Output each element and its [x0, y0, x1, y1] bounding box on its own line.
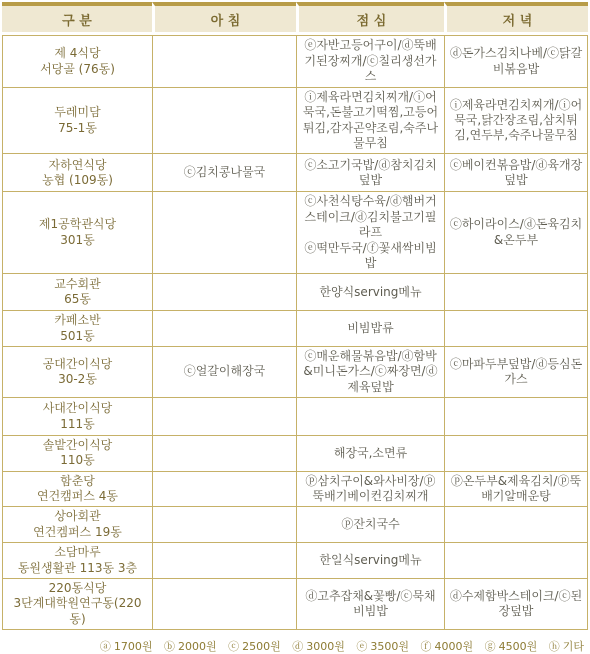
- dinner-cell: [444, 542, 588, 578]
- breakfast-cell: [152, 273, 296, 310]
- dinner-cell: ⓓ돈가스김치나베/ⓒ닭갈비볶음밥: [444, 35, 588, 87]
- breakfast-cell: [152, 191, 296, 273]
- breakfast-cell: [152, 542, 296, 578]
- menu-row: 제1공학관식당 301동 ⓒ사천식탕수육/ⓓ햄버거스테이크/ⓓ김치불고기필라프 …: [2, 191, 588, 273]
- breakfast-cell: [152, 397, 296, 435]
- dinner-cell: ⓒ마파두부덮밥/ⓓ등심돈가스: [444, 346, 588, 397]
- menu-row: 소담마루 동원생활관 113동 3층 한일식serving메뉴: [2, 542, 588, 578]
- price-symbol: ⓑ: [164, 640, 175, 653]
- legend-item: ⓒ2500원: [228, 640, 281, 653]
- facility-cell: 솔밭간이식당 110동: [2, 435, 152, 471]
- col-header-lunch: 점 심: [296, 2, 444, 35]
- col-header-dinner: 저 녁: [444, 2, 588, 35]
- breakfast-cell: [152, 35, 296, 87]
- dinner-cell: ⓓ수제함박스테이크/ⓒ된장덮밥: [444, 578, 588, 630]
- lunch-cell: 비빔밥류: [296, 310, 444, 346]
- price-symbol: ⓒ: [228, 640, 239, 653]
- facility-cell: 교수회관 65동: [2, 273, 152, 310]
- menu-row: 상아회관 연건켐퍼스 19동 ⓟ잔치국수: [2, 506, 588, 542]
- price-symbol: ⓐ: [100, 640, 111, 653]
- price-symbol: ⓗ: [549, 640, 560, 653]
- cafeteria-menu-page: 구 분 아 침 점 심 저 녁 제 4식당 서당골 (76동) ⓔ자반고등어구이…: [0, 0, 590, 617]
- legend-item: ⓗ기타: [549, 640, 584, 653]
- facility-cell: 카페소반 501동: [2, 310, 152, 346]
- menu-row: 카페소반 501동 비빔밥류: [2, 310, 588, 346]
- breakfast-cell: ⓒ얼갈이해장국: [152, 346, 296, 397]
- facility-cell: 제 4식당 서당골 (76동): [2, 35, 152, 87]
- menu-row: 제 4식당 서당골 (76동) ⓔ자반고등어구이/ⓓ뚝배기된장찌개/ⓒ칠리생선가…: [2, 35, 588, 87]
- dinner-cell: ⓟ온두부&제육김치/ⓟ뚝배기알매운탕: [444, 471, 588, 507]
- menu-row: 두레미담 75-1동 ⓘ제육라면김치찌개/ⓘ어묵국,돈불고기떡찜,고등어튀김,감…: [2, 87, 588, 153]
- facility-cell: 사대간이식당 111동: [2, 397, 152, 435]
- dinner-cell: [444, 506, 588, 542]
- price-symbol: ⓕ: [420, 640, 431, 653]
- price-label: 3000원: [306, 640, 345, 653]
- lunch-cell: 한일식serving메뉴: [296, 542, 444, 578]
- breakfast-cell: [152, 506, 296, 542]
- dinner-cell: [444, 435, 588, 471]
- legend-item: ⓓ3000원: [292, 640, 345, 653]
- price-label: 1700원: [114, 640, 153, 653]
- breakfast-cell: ⓒ김치콩나물국: [152, 153, 296, 191]
- facility-cell: 220동식당 3단계대학원연구동(220동): [2, 578, 152, 630]
- legend-item: ⓔ3500원: [356, 640, 409, 653]
- menu-row: 220동식당 3단계대학원연구동(220동) ⓓ고추잡채&꽃빵/ⓒ묵채비빔밥 ⓓ…: [2, 578, 588, 630]
- facility-cell: 자하연식당 농협 (109동): [2, 153, 152, 191]
- dinner-cell: ⓘ제육라면김치찌개/ⓘ어묵국,닭간장조림,삼치튀김,연두부,숙주나물무침: [444, 87, 588, 153]
- menu-row: 사대간이식당 111동: [2, 397, 588, 435]
- legend-item: ⓖ4500원: [485, 640, 538, 653]
- price-symbol: ⓖ: [485, 640, 496, 653]
- legend-item: ⓕ4000원: [420, 640, 473, 653]
- legend-item: ⓑ2000원: [164, 640, 217, 653]
- facility-cell: 소담마루 동원생활관 113동 3층: [2, 542, 152, 578]
- facility-cell: 두레미담 75-1동: [2, 87, 152, 153]
- col-header-breakfast: 아 침: [152, 2, 296, 35]
- lunch-cell: ⓒ사천식탕수육/ⓓ햄버거스테이크/ⓓ김치불고기필라프 ⓔ떡만두국/ⓕ꽃새싹비빔밥: [296, 191, 444, 273]
- dinner-cell: [444, 397, 588, 435]
- dinner-cell: [444, 310, 588, 346]
- lunch-cell: [296, 397, 444, 435]
- lunch-cell: ⓒ매운해물볶음밥/ⓓ함박&미니돈가스/ⓒ짜장면/ⓓ제육덮밥: [296, 346, 444, 397]
- lunch-cell: ⓟ잔치국수: [296, 506, 444, 542]
- facility-cell: 제1공학관식당 301동: [2, 191, 152, 273]
- header-row: 구 분 아 침 점 심 저 녁: [2, 2, 588, 35]
- facility-cell: 상아회관 연건켐퍼스 19동: [2, 506, 152, 542]
- lunch-cell: ⓟ삼치구이&와사비장/ⓟ뚝배기베이컨김치찌개: [296, 471, 444, 507]
- facility-cell: 공대간이식당 30-2동: [2, 346, 152, 397]
- price-symbol: ⓔ: [356, 640, 367, 653]
- menu-row: 함춘당 연건캠퍼스 4동 ⓟ삼치구이&와사비장/ⓟ뚝배기베이컨김치찌개 ⓟ온두부…: [2, 471, 588, 507]
- price-label: 2500원: [242, 640, 281, 653]
- lunch-cell: ⓔ자반고등어구이/ⓓ뚝배기된장찌개/ⓒ칠리생선가스: [296, 35, 444, 87]
- price-symbol: ⓓ: [292, 640, 303, 653]
- lunch-cell: 한양식serving메뉴: [296, 273, 444, 310]
- menu-row: 솔밭간이식당 110동 해장국,소면류: [2, 435, 588, 471]
- breakfast-cell: [152, 578, 296, 630]
- lunch-cell: ⓓ고추잡채&꽃빵/ⓒ묵채비빔밥: [296, 578, 444, 630]
- dinner-cell: ⓒ하이라이스/ⓓ돈육김치&온두부: [444, 191, 588, 273]
- facility-cell: 함춘당 연건캠퍼스 4동: [2, 471, 152, 507]
- dinner-cell: [444, 273, 588, 310]
- legend-item: ⓐ1700원: [100, 640, 153, 653]
- menu-row: 공대간이식당 30-2동 ⓒ얼갈이해장국 ⓒ매운해물볶음밥/ⓓ함박&미니돈가스/…: [2, 346, 588, 397]
- lunch-cell: ⓒ소고기국밥/ⓓ참치김치덮밥: [296, 153, 444, 191]
- menu-row: 자하연식당 농협 (109동) ⓒ김치콩나물국 ⓒ소고기국밥/ⓓ참치김치덮밥 ⓒ…: [2, 153, 588, 191]
- col-header-category: 구 분: [2, 2, 152, 35]
- lunch-cell: 해장국,소면류: [296, 435, 444, 471]
- breakfast-cell: [152, 471, 296, 507]
- price-label: 기타: [563, 640, 584, 653]
- price-label: 4500원: [499, 640, 538, 653]
- table-header: 구 분 아 침 점 심 저 녁: [2, 2, 588, 35]
- price-label: 3500원: [370, 640, 409, 653]
- menu-row: 교수회관 65동 한양식serving메뉴: [2, 273, 588, 310]
- breakfast-cell: [152, 87, 296, 153]
- price-legend: ⓐ1700원 ⓑ2000원 ⓒ2500원 ⓓ3000원 ⓔ3500원 ⓕ4000…: [2, 638, 588, 654]
- price-label: 4000원: [434, 640, 473, 653]
- dinner-cell: ⓒ베이컨볶음밥/ⓓ육개장덮밥: [444, 153, 588, 191]
- breakfast-cell: [152, 435, 296, 471]
- cafeteria-menu-table: 구 분 아 침 점 심 저 녁 제 4식당 서당골 (76동) ⓔ자반고등어구이…: [2, 2, 588, 630]
- lunch-cell: ⓘ제육라면김치찌개/ⓘ어묵국,돈불고기떡찜,고등어튀김,감자곤약조림,숙주나물무…: [296, 87, 444, 153]
- price-label: 2000원: [178, 640, 217, 653]
- breakfast-cell: [152, 310, 296, 346]
